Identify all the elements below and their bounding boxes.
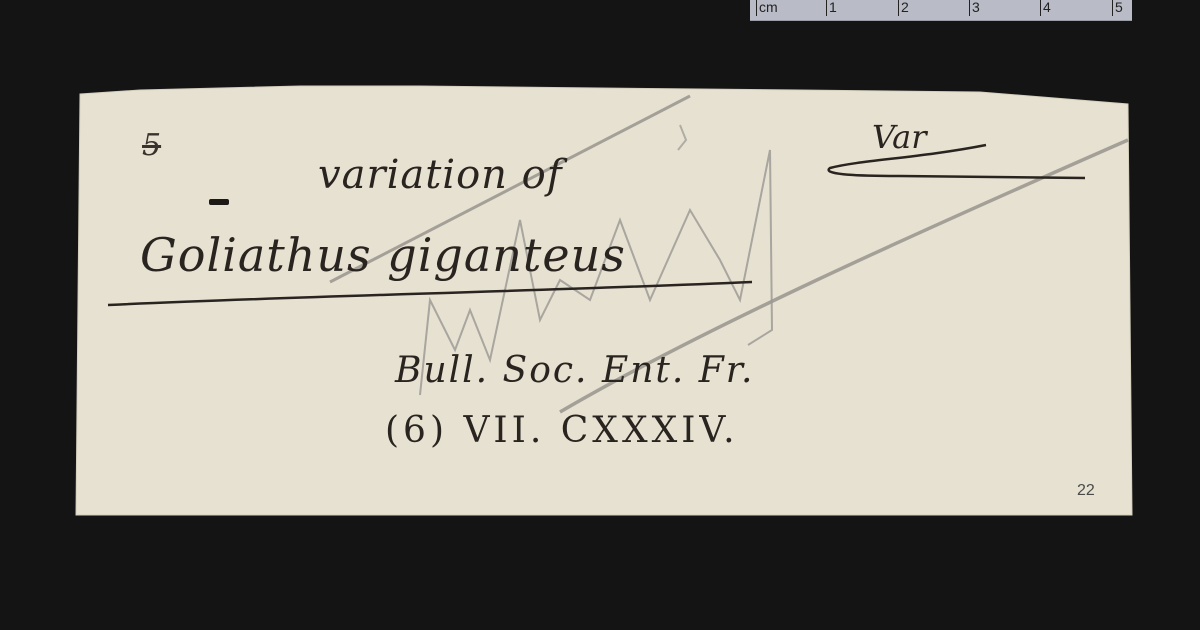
ink-dash	[209, 199, 229, 205]
crossed-out-mark: 5	[142, 128, 161, 163]
label-title-line2: Goliathus giganteus	[140, 228, 626, 282]
label-title-line1: variation of	[318, 152, 563, 198]
folio-number: 22	[1077, 482, 1095, 500]
corner-note: Var	[872, 118, 927, 156]
reference-line1: Bull. Soc. Ent. Fr.	[395, 350, 754, 391]
specimen-label-paper	[0, 0, 1200, 630]
reference-line2: (6) VII. CXXXIV.	[385, 410, 739, 451]
